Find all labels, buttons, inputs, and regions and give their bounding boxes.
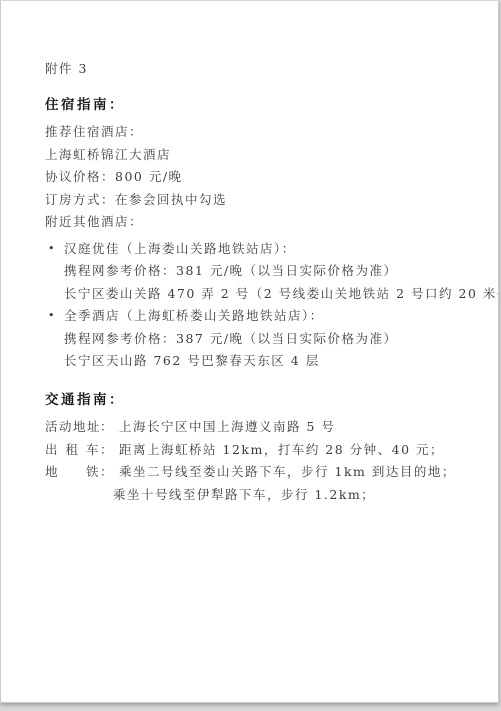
- transport-row-metro: 地铁： 乘坐二号线至娄山关路下车，步行 1km 到达目的地；: [45, 461, 484, 484]
- transport-text: 上海长宁区中国上海遵义南路 5 号: [114, 416, 335, 439]
- transport-row-taxi: 出租车： 距离上海虹桥站 12km，打车约 28 分钟、40 元；: [45, 439, 484, 462]
- transport-label: 出租车: [45, 439, 100, 462]
- transport-colon: ：: [100, 461, 114, 484]
- hotel-name: 全季酒店（上海虹桥娄山关路地铁站店）：: [64, 308, 324, 323]
- transport-text: 距离上海虹桥站 12km，打车约 28 分钟、40 元；: [114, 439, 444, 462]
- transport-colon: ：: [100, 416, 114, 439]
- nearby-hotel-list: • 汉庭优佳（上海娄山关路地铁站店）： 携程网参考价格：381 元/晚（以当日实…: [45, 238, 484, 373]
- bullet-icon: •: [48, 305, 56, 328]
- hotel-price: 携程网参考价格：387 元/晚（以当日实际价格为准）: [45, 328, 484, 351]
- document-page: 附件 3 住宿指南： 推荐住宿酒店： 上海虹桥锦江大酒店 协议价格：800 元/…: [0, 0, 499, 703]
- attachment-label: 附件 3: [45, 58, 484, 81]
- hotel-price: 携程网参考价格：381 元/晚（以当日实际价格为准）: [45, 260, 484, 283]
- lodging-line-recommended: 推荐住宿酒店：: [45, 121, 484, 144]
- hotel-address: 长宁区娄山关路 470 弄 2 号（2 号线娄山关地铁站 2 号口约 20 米处…: [45, 283, 484, 306]
- transport-label: 活动地址: [45, 416, 100, 439]
- hotel-item-hanting: • 汉庭优佳（上海娄山关路地铁站店）：: [45, 238, 484, 261]
- transport-heading: 交通指南：: [45, 389, 484, 412]
- transport-row-venue: 活动地址： 上海长宁区中国上海遵义南路 5 号: [45, 416, 484, 439]
- transport-label: 地铁: [45, 461, 100, 484]
- transport-metro-continuation: 乘坐十号线至伊犁路下车，步行 1.2km；: [45, 484, 484, 507]
- lodging-line-booking-method: 订房方式：在参会回执中勾选: [45, 189, 484, 212]
- lodging-line-agreement-price: 协议价格：800 元/晚: [45, 166, 484, 189]
- hotel-name: 汉庭优佳（上海娄山关路地铁站店）：: [64, 241, 296, 256]
- lodging-heading: 住宿指南：: [45, 94, 484, 117]
- bullet-icon: •: [48, 238, 56, 261]
- transport-text: 乘坐二号线至娄山关路下车，步行 1km 到达目的地；: [114, 461, 456, 484]
- hotel-item-quanji: • 全季酒店（上海虹桥娄山关路地铁站店）：: [45, 305, 484, 328]
- lodging-line-nearby-hotels: 附近其他酒店：: [45, 211, 484, 234]
- transport-colon: ：: [100, 439, 114, 462]
- hotel-address: 长宁区天山路 762 号巴黎春天东区 4 层: [45, 350, 484, 373]
- lodging-line-hotel-name: 上海虹桥锦江大酒店: [45, 144, 484, 167]
